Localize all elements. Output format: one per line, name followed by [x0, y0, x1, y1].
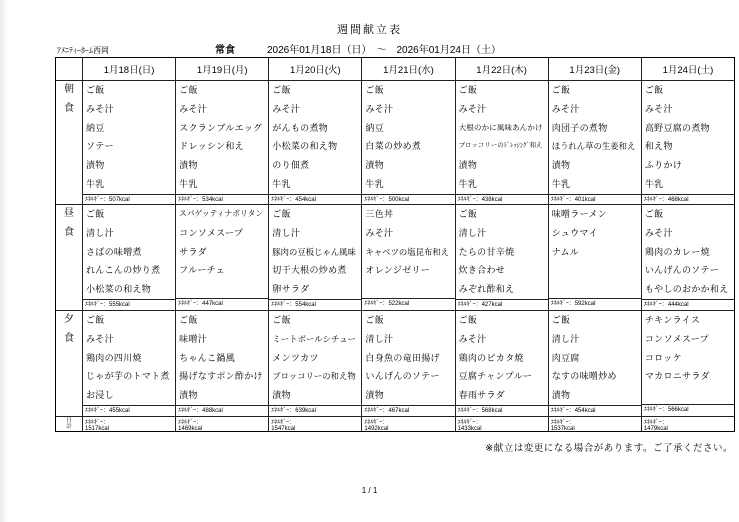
meal-section-label-lunch: 昼食	[56, 204, 82, 310]
menu-cell-dinner: ご飯みそ汁鶏肉の四川焼じゃが芋のトマト煮お浸しｴﾈﾙｷﾞｰ：455kcal	[82, 310, 175, 416]
energy-prefix: ｴﾈﾙｷﾞｰ：	[178, 301, 202, 307]
menu-cell-dinner: ご飯みそ汁鶏肉のピカタ焼豆腐チャンプルー春雨サラダｴﾈﾙｷﾞｰ：568kcal	[455, 310, 548, 416]
daily-total-cell: ｴﾈﾙｷﾞｰ：1547kcal	[268, 416, 361, 431]
menu-item: みそ汁	[176, 100, 268, 119]
energy-value: 455kcal	[109, 408, 130, 414]
energy-line: ｴﾈﾙｷﾞｰ：401kcal	[549, 194, 641, 204]
menu-item: 牛乳	[83, 175, 175, 194]
meal-label-char: 夕	[64, 311, 74, 330]
weekly-menu-document: 週間献立表 ｱﾒﾆﾃｨｰﾎｰﾑ西岡 常食 2026年01月18日（日） ～ 20…	[0, 0, 739, 522]
energy-value: 468kcal	[668, 197, 689, 203]
energy-value: 568kcal	[482, 408, 503, 414]
energy-line: ｴﾈﾙｷﾞｰ：455kcal	[83, 405, 175, 416]
menu-item: フルーチェ	[176, 261, 268, 280]
menu-item: いんげんのソテー	[362, 367, 454, 386]
menu-item: 切干大根の炒め煮	[269, 261, 361, 280]
menu-item: みそ汁	[642, 224, 734, 243]
menu-item: 揚げなすポン酢かけ	[176, 367, 268, 386]
menu-item: ご飯	[269, 311, 361, 330]
energy-value: 522kcal	[388, 301, 409, 307]
menu-cell-breakfast: ご飯みそ汁大根のかに風味あんかけブロッコリーのﾄﾞﾚｯｼﾝｸﾞ和え漬物牛乳ｴﾈﾙ…	[455, 80, 548, 204]
energy-prefix: ｴﾈﾙｷﾞｰ：	[458, 417, 548, 426]
energy-line: ｴﾈﾙｷﾞｰ：554kcal	[269, 299, 361, 310]
daily-total-cell: ｴﾈﾙｷﾞｰ：1433kcal	[455, 416, 548, 431]
menu-item: もやしのおかか和え	[642, 280, 734, 299]
menu-item: 清し汁	[549, 330, 641, 349]
energy-line: ｴﾈﾙｷﾞｰ：454kcal	[549, 405, 641, 416]
menu-item: ナムル	[549, 243, 641, 262]
menu-cell-dinner: ご飯清し汁白身魚の竜田揚げいんげんのソテー漬物ｴﾈﾙｷﾞｰ：467kcal	[361, 310, 454, 416]
energy-prefix: ｴﾈﾙｷﾞｰ：	[644, 302, 668, 308]
energy-prefix: ｴﾈﾙｷﾞｰ：	[364, 408, 388, 414]
menu-cell-lunch: ご飯清し汁たらの甘辛焼炊き合わせみぞれ酢和えｴﾈﾙｷﾞｰ：427kcal	[455, 204, 548, 310]
menu-item: ドレッシン和え	[176, 137, 268, 156]
energy-prefix: ｴﾈﾙｷﾞｰ：	[178, 417, 268, 426]
menu-item: 鶏肉のピカタ焼	[456, 349, 548, 368]
menu-item: みそ汁	[456, 100, 548, 119]
day-header-label: 1月22日(木)	[476, 62, 527, 76]
energy-line: ｴﾈﾙｷﾞｰ：454kcal	[269, 194, 361, 204]
menu-item: みそ汁	[456, 330, 548, 349]
menu-item: ご飯	[549, 311, 641, 330]
menu-item: ご飯	[176, 81, 268, 100]
energy-prefix: ｴﾈﾙｷﾞｰ：	[458, 302, 482, 308]
menu-item: みそ汁	[642, 100, 734, 119]
energy-prefix: ｴﾈﾙｷﾞｰ：	[364, 197, 388, 203]
menu-item: ご飯	[362, 81, 454, 100]
menu-cell-breakfast: ご飯みそ汁スクランブルエッグドレッシン和え漬物牛乳ｴﾈﾙｷﾞｰ：534kcal	[175, 80, 268, 204]
meal-label-char: 食	[64, 224, 74, 243]
menu-cell-breakfast: ご飯みそ汁納豆白菜の炒め煮漬物牛乳ｴﾈﾙｷﾞｰ：500kcal	[361, 80, 454, 204]
menu-cell-breakfast: ご飯みそ汁高野豆腐の煮物和え物ふりかけ牛乳ｴﾈﾙｷﾞｰ：468kcal	[641, 80, 734, 204]
menu-item: ご飯	[456, 311, 548, 330]
daily-total-label: 日計	[56, 416, 82, 431]
energy-line: ｴﾈﾙｷﾞｰ：444kcal	[642, 299, 734, 310]
meal-section-label-breakfast: 朝食	[56, 80, 82, 204]
menu-item: 肉団子の煮物	[549, 119, 641, 138]
menu-item: 清し汁	[456, 224, 548, 243]
menu-item: 豚肉の豆板じゃん風味	[269, 243, 361, 262]
menu-item: スクランブルエッグ	[176, 119, 268, 138]
menu-item: 鶏肉のカレー焼	[642, 243, 734, 262]
menu-item: 高野豆腐の煮物	[642, 119, 734, 138]
energy-value: 500kcal	[388, 197, 409, 203]
meal-label-char: 昼	[64, 205, 74, 224]
change-note: ※献立は変更になる場合があります。ご了承ください。	[485, 440, 733, 454]
menu-item: サラダ	[176, 243, 268, 262]
daily-total-label-char: 計	[66, 424, 72, 430]
daily-total-cell: ｴﾈﾙｷﾞｰ：1469kcal	[175, 416, 268, 431]
menu-item: 清し汁	[269, 224, 361, 243]
menu-item: キャベツの塩昆布和え	[362, 243, 454, 262]
menu-item: ご飯	[362, 311, 454, 330]
energy-value: 401kcal	[575, 197, 596, 203]
menu-item: 牛乳	[269, 175, 361, 194]
energy-prefix: ｴﾈﾙｷﾞｰ：	[458, 408, 482, 414]
energy-value: 507kcal	[109, 197, 130, 203]
menu-item: 味噌汁	[176, 330, 268, 349]
daily-total-value: 1469kcal	[178, 426, 268, 432]
menu-item: 炊き合わせ	[456, 261, 548, 280]
menu-item: がんもの煮物	[269, 119, 361, 138]
daily-total-value: 1433kcal	[458, 426, 548, 432]
meal-label-char: 食	[64, 100, 74, 119]
menu-item: ソテー	[83, 137, 175, 156]
menu-table: 1月18日(日)1月19日(月)1月20日(火)1月21日(水)1月22日(木)…	[55, 57, 735, 432]
meal-label-char: 朝	[64, 81, 74, 100]
energy-value: 639kcal	[295, 408, 316, 414]
energy-prefix: ｴﾈﾙｷﾞｰ：	[644, 197, 668, 203]
energy-line: ｴﾈﾙｷﾞｰ：467kcal	[362, 405, 454, 416]
day-header-cell: 1月19日(月)	[175, 58, 268, 80]
menu-item: ご飯	[269, 81, 361, 100]
energy-line: ｴﾈﾙｷﾞｰ：507kcal	[83, 194, 175, 204]
day-header-label: 1月18日(日)	[104, 62, 155, 76]
daily-total-value: 1479kcal	[644, 426, 734, 432]
energy-prefix: ｴﾈﾙｷﾞｰ：	[364, 301, 388, 307]
menu-item: 清し汁	[83, 224, 175, 243]
menu-item: ご飯	[456, 205, 548, 224]
menu-item: みそ汁	[362, 224, 454, 243]
menu-item: いんげんのソテー	[642, 261, 734, 280]
energy-prefix: ｴﾈﾙｷﾞｰ：	[458, 197, 482, 203]
menu-item: 牛乳	[176, 175, 268, 194]
menu-item: のり佃煮	[269, 156, 361, 175]
menu-item: 漬物	[456, 156, 548, 175]
menu-cell-dinner: ご飯ミートボールシチューメンツカツブロッコリーの和え物漬物ｴﾈﾙｷﾞｰ：639k…	[268, 310, 361, 416]
menu-item: ご飯	[176, 311, 268, 330]
menu-item: ほうれん草の生姜和え	[549, 137, 641, 156]
menu-cell-breakfast: ご飯みそ汁がんもの煮物小松菜の和え物のり佃煮牛乳ｴﾈﾙｷﾞｰ：454kcal	[268, 80, 361, 204]
meal-label-char: 食	[64, 330, 74, 349]
menu-cell-breakfast: ご飯みそ汁肉団子の煮物ほうれん草の生姜和え漬物牛乳ｴﾈﾙｷﾞｰ：401kcal	[548, 80, 641, 204]
menu-item: 牛乳	[456, 175, 548, 194]
menu-item: 牛乳	[362, 175, 454, 194]
energy-value: 454kcal	[575, 408, 596, 414]
date-range: 2026年01月18日（日） ～ 2026年01月24日（土）	[267, 41, 501, 56]
energy-prefix: ｴﾈﾙｷﾞｰ：	[551, 417, 641, 426]
menu-cell-breakfast: ご飯みそ汁納豆ソテー漬物牛乳ｴﾈﾙｷﾞｰ：507kcal	[82, 80, 175, 204]
menu-item: 大根のかに風味あんかけ	[456, 119, 548, 138]
menu-item: お浸し	[83, 386, 175, 405]
menu-item: ご飯	[83, 205, 175, 224]
menu-item: 和え物	[642, 137, 734, 156]
menu-cell-lunch: ご飯清し汁さばの味噌煮れんこんの炒り煮小松菜の和え物ｴﾈﾙｷﾞｰ：555kcal	[82, 204, 175, 310]
day-header-cell: 1月23日(金)	[548, 58, 641, 80]
daily-total-value: 1537kcal	[551, 426, 641, 432]
menu-item: チキンライス	[642, 311, 734, 330]
menu-item: ご飯	[83, 311, 175, 330]
energy-line: ｴﾈﾙｷﾞｰ：534kcal	[176, 194, 268, 204]
menu-item: みそ汁	[549, 100, 641, 119]
menu-item: オレンジゼリー	[362, 261, 454, 280]
energy-prefix: ｴﾈﾙｷﾞｰ：	[85, 302, 109, 308]
menu-item: ふりかけ	[642, 156, 734, 175]
menu-item: ブロッコリーのﾄﾞﾚｯｼﾝｸﾞ和え	[456, 137, 548, 156]
menu-item: 漬物	[176, 156, 268, 175]
energy-line: ｴﾈﾙｷﾞｰ：488kcal	[176, 405, 268, 416]
energy-line: ｴﾈﾙｷﾞｰ：639kcal	[269, 405, 361, 416]
energy-value: 566kcal	[668, 407, 689, 413]
menu-item: 牛乳	[642, 175, 734, 194]
energy-line: ｴﾈﾙｷﾞｰ：500kcal	[362, 194, 454, 204]
energy-prefix: ｴﾈﾙｷﾞｰ：	[178, 408, 202, 414]
energy-prefix: ｴﾈﾙｷﾞｰ：	[551, 197, 575, 203]
energy-prefix: ｴﾈﾙｷﾞｰ：	[271, 302, 295, 308]
page-number: 1 / 1	[0, 486, 739, 495]
energy-line: ｴﾈﾙｷﾞｰ：427kcal	[456, 299, 548, 310]
energy-line: ｴﾈﾙｷﾞｰ：566kcal	[642, 404, 734, 416]
menu-item: ミートボールシチュー	[269, 330, 361, 349]
menu-item: コロッケ	[642, 349, 734, 368]
menu-cell-dinner: ご飯清し汁肉豆腐なすの味噌炒め漬物ｴﾈﾙｷﾞｰ：454kcal	[548, 310, 641, 416]
energy-value: 447kcal	[202, 301, 223, 307]
menu-cell-dinner: ご飯味噌汁ちゃんこ鍋風揚げなすポン酢かけ漬物ｴﾈﾙｷﾞｰ：488kcal	[175, 310, 268, 416]
menu-item: シュウマイ	[549, 224, 641, 243]
energy-line: ｴﾈﾙｷﾞｰ：468kcal	[642, 194, 734, 204]
menu-item: みそ汁	[83, 100, 175, 119]
menu-item: ブロッコリーの和え物	[269, 367, 361, 386]
menu-item: れんこんの炒り煮	[83, 261, 175, 280]
menu-item: みぞれ酢和え	[456, 280, 548, 299]
menu-item: コンソメスープ	[176, 224, 268, 243]
menu-item: 肉豆腐	[549, 349, 641, 368]
menu-item: 鶏肉の四川焼	[83, 349, 175, 368]
menu-item: ご飯	[549, 81, 641, 100]
menu-item: なすの味噌炒め	[549, 367, 641, 386]
menu-item: たらの甘辛焼	[456, 243, 548, 262]
menu-item: 漬物	[269, 386, 361, 405]
day-header-label: 1月21日(水)	[383, 62, 434, 76]
menu-item: 白菜の炒め煮	[362, 137, 454, 156]
day-header-label: 1月20日(火)	[290, 62, 341, 76]
meal-type: 常食	[215, 41, 235, 56]
energy-prefix: ｴﾈﾙｷﾞｰ：	[85, 408, 109, 414]
daily-total-cell: ｴﾈﾙｷﾞｰ：1537kcal	[548, 416, 641, 431]
menu-item: ご飯	[269, 205, 361, 224]
energy-line: ｴﾈﾙｷﾞｰ：568kcal	[456, 405, 548, 416]
menu-item: スパゲッティナポリタン	[176, 205, 268, 224]
page-title: 週間献立表	[0, 21, 739, 37]
menu-item: 納豆	[83, 119, 175, 138]
menu-item: 卵サラダ	[269, 280, 361, 299]
daily-total-cell: ｴﾈﾙｷﾞｰ：1479kcal	[641, 416, 734, 431]
day-header-cell: 1月24日(土)	[641, 58, 734, 80]
facility-name: ｱﾒﾆﾃｨｰﾎｰﾑ西岡	[57, 45, 109, 56]
daily-total-value: 1547kcal	[271, 426, 361, 432]
energy-value: 592kcal	[575, 301, 596, 307]
energy-value: 438kcal	[482, 197, 503, 203]
energy-line: ｴﾈﾙｷﾞｰ：555kcal	[83, 299, 175, 310]
day-header-label: 1月24日(土)	[663, 62, 714, 76]
energy-prefix: ｴﾈﾙｷﾞｰ：	[271, 197, 295, 203]
menu-item: ご飯	[456, 81, 548, 100]
menu-item: メンツカツ	[269, 349, 361, 368]
menu-cell-lunch: ご飯みそ汁鶏肉のカレー焼いんげんのソテーもやしのおかか和えｴﾈﾙｷﾞｰ：444k…	[641, 204, 734, 310]
menu-item: コンソメスープ	[642, 330, 734, 349]
daily-total-value: 1492kcal	[364, 426, 454, 432]
menu-item: 漬物	[362, 386, 454, 405]
menu-item: さばの味噌煮	[83, 243, 175, 262]
menu-item: 春雨サラダ	[456, 386, 548, 405]
menu-item: 納豆	[362, 119, 454, 138]
menu-cell-lunch: 三色丼みそ汁キャベツの塩昆布和えオレンジゼリーｴﾈﾙｷﾞｰ：522kcal	[361, 204, 454, 310]
energy-prefix: ｴﾈﾙｷﾞｰ：	[85, 417, 175, 426]
meal-section-label-dinner: 夕食	[56, 310, 82, 416]
menu-item: 三色丼	[362, 205, 454, 224]
energy-prefix: ｴﾈﾙｷﾞｰ：	[364, 417, 454, 426]
energy-value: 555kcal	[109, 302, 130, 308]
energy-prefix: ｴﾈﾙｷﾞｰ：	[551, 301, 575, 307]
energy-line: ｴﾈﾙｷﾞｰ：447kcal	[176, 298, 268, 310]
menu-item: 清し汁	[362, 330, 454, 349]
menu-cell-lunch: 味噌ラーメンシュウマイナムルｴﾈﾙｷﾞｰ：592kcal	[548, 204, 641, 310]
energy-value: 467kcal	[388, 408, 409, 414]
daily-total-cell: ｴﾈﾙｷﾞｰ：1492kcal	[361, 416, 454, 431]
energy-value: 444kcal	[668, 302, 689, 308]
day-header-cell: 1月22日(木)	[455, 58, 548, 80]
menu-item: みそ汁	[83, 330, 175, 349]
day-header-label: 1月19日(月)	[197, 62, 248, 76]
day-header-label: 1月23日(金)	[569, 62, 620, 76]
menu-item: 味噌ラーメン	[549, 205, 641, 224]
energy-value: 488kcal	[202, 408, 223, 414]
menu-item: 牛乳	[549, 175, 641, 194]
menu-item: 白身魚の竜田揚げ	[362, 349, 454, 368]
menu-cell-dinner: チキンライスコンソメスープコロッケマカロニサラダｴﾈﾙｷﾞｰ：566kcal	[641, 310, 734, 416]
energy-line: ｴﾈﾙｷﾞｰ：522kcal	[362, 298, 454, 310]
menu-item: 漬物	[549, 156, 641, 175]
energy-value: 454kcal	[295, 197, 316, 203]
menu-item: 漬物	[362, 156, 454, 175]
energy-value: 554kcal	[295, 302, 316, 308]
energy-prefix: ｴﾈﾙｷﾞｰ：	[271, 408, 295, 414]
energy-prefix: ｴﾈﾙｷﾞｰ：	[551, 408, 575, 414]
energy-value: 427kcal	[482, 302, 503, 308]
menu-item: 漬物	[549, 386, 641, 405]
day-header-cell: 1月18日(日)	[82, 58, 175, 80]
energy-line: ｴﾈﾙｷﾞｰ：438kcal	[456, 194, 548, 204]
menu-item: 小松菜の和え物	[269, 137, 361, 156]
table-corner-cell	[56, 58, 82, 80]
energy-prefix: ｴﾈﾙｷﾞｰ：	[271, 417, 361, 426]
menu-item: ご飯	[83, 81, 175, 100]
energy-line: ｴﾈﾙｷﾞｰ：592kcal	[549, 298, 641, 310]
menu-item: みそ汁	[362, 100, 454, 119]
menu-item: 漬物	[83, 156, 175, 175]
daily-total-cell: ｴﾈﾙｷﾞｰ：1517kcal	[82, 416, 175, 431]
menu-cell-lunch: ご飯清し汁豚肉の豆板じゃん風味切干大根の炒め煮卵サラダｴﾈﾙｷﾞｰ：554kca…	[268, 204, 361, 310]
energy-prefix: ｴﾈﾙｷﾞｰ：	[644, 417, 734, 426]
daily-total-value: 1517kcal	[85, 426, 175, 432]
menu-item: 豆腐チャンプルー	[456, 367, 548, 386]
menu-item: ご飯	[642, 81, 734, 100]
day-header-cell: 1月21日(水)	[361, 58, 454, 80]
menu-item: ご飯	[642, 205, 734, 224]
menu-item: みそ汁	[269, 100, 361, 119]
energy-prefix: ｴﾈﾙｷﾞｰ：	[85, 197, 109, 203]
menu-item: 漬物	[176, 386, 268, 405]
energy-prefix: ｴﾈﾙｷﾞｰ：	[644, 407, 668, 413]
energy-value: 534kcal	[202, 197, 223, 203]
day-header-cell: 1月20日(火)	[268, 58, 361, 80]
menu-cell-lunch: スパゲッティナポリタンコンソメスープサラダフルーチェｴﾈﾙｷﾞｰ：447kcal	[175, 204, 268, 310]
menu-item: じゃが芋のトマト煮	[83, 367, 175, 386]
menu-item: 小松菜の和え物	[83, 280, 175, 299]
header-info: ｱﾒﾆﾃｨｰﾎｰﾑ西岡 常食 2026年01月18日（日） ～ 2026年01月…	[55, 42, 735, 56]
menu-item: ちゃんこ鍋風	[176, 349, 268, 368]
menu-item: マカロニサラダ	[642, 367, 734, 386]
energy-prefix: ｴﾈﾙｷﾞｰ：	[178, 197, 202, 203]
